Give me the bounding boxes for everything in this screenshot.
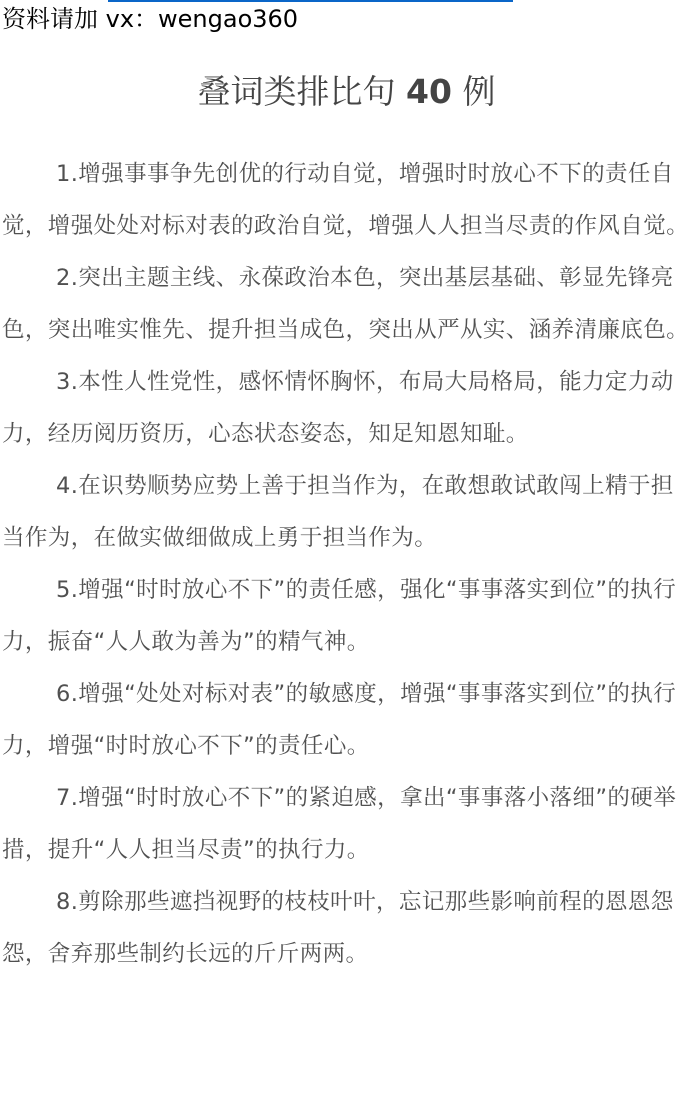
paragraph-8: 8.剪除那些遮挡视野的枝枝叶叶，忘记那些影响前程的恩恩怨怨，舍弃那些制约长远的斤…: [2, 876, 692, 980]
link-underline[interactable]: [108, 0, 513, 2]
contact-note: 资料请加 vx：wengao360: [2, 4, 298, 34]
title-number: 40: [406, 72, 452, 111]
title-suffix: 例: [452, 72, 496, 111]
paragraph-7: 7.增强“时时放心不下”的紧迫感，拿出“事事落小落细”的硬举措，提升“人人担当尽…: [2, 772, 692, 876]
paragraph-1: 1.增强事事争先创优的行动自觉，增强时时放心不下的责任自觉，增强处处对标对表的政…: [2, 148, 692, 252]
paragraph-6: 6.增强“处处对标对表”的敏感度，增强“事事落实到位”的执行力，增强“时时放心不…: [2, 668, 692, 772]
paragraph-5: 5.增强“时时放心不下”的责任感，强化“事事落实到位”的执行力，振奋“人人敢为善…: [2, 564, 692, 668]
paragraph-3: 3.本性人性党性，感怀情怀胸怀，布局大局格局，能力定力动力，经历阅历资历，心态状…: [2, 356, 692, 460]
article-body: 1.增强事事争先创优的行动自觉，增强时时放心不下的责任自觉，增强处处对标对表的政…: [2, 148, 692, 980]
title-prefix: 叠词类排比句: [198, 72, 407, 111]
paragraph-4: 4.在识势顺势应势上善于担当作为，在敢想敢试敢闯上精于担当作为，在做实做细做成上…: [2, 460, 692, 564]
paragraph-2: 2.突出主题主线、永葆政治本色，突出基层基础、彰显先锋亮色，突出唯实惟先、提升担…: [2, 252, 692, 356]
article-title: 叠词类排比句 40 例: [0, 68, 693, 116]
